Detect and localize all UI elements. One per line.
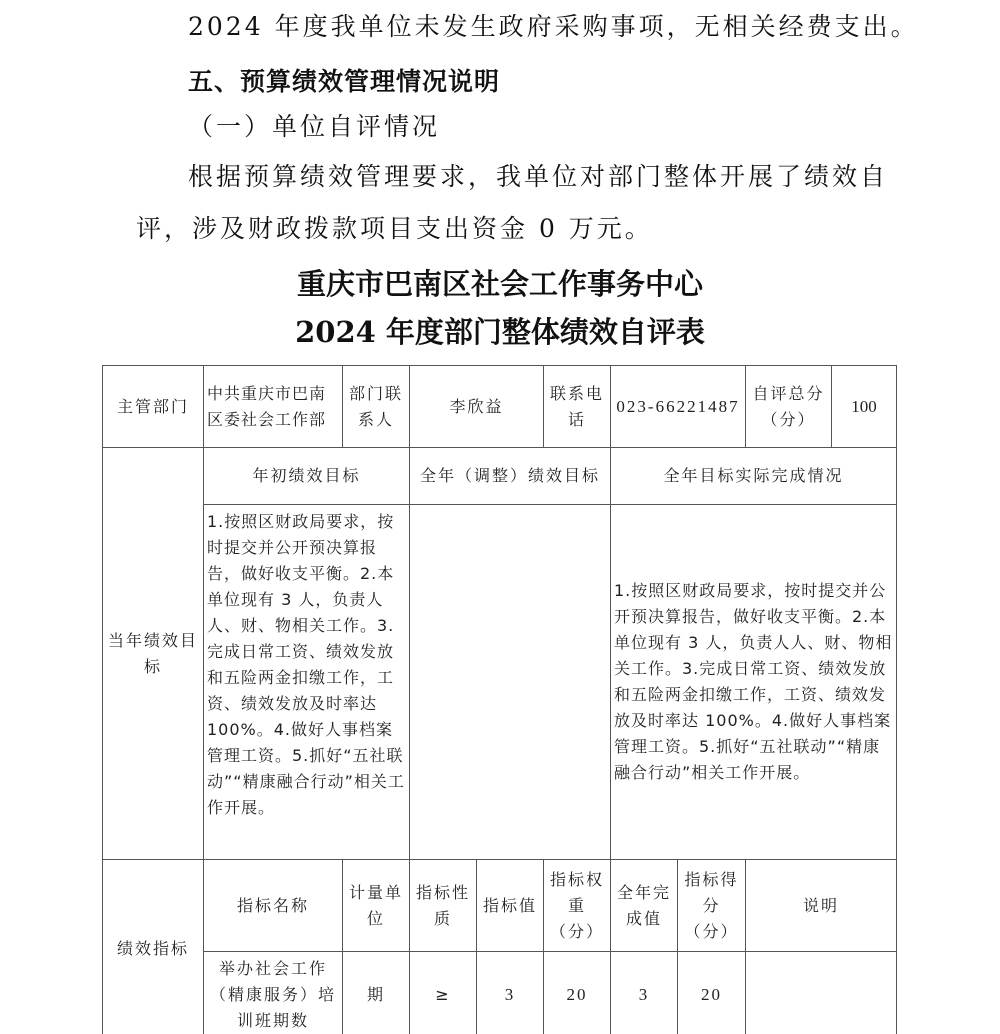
indicator-name: 举办社会工作（精康服务）培训班期数 (204, 952, 343, 1034)
procurement-paragraph: 2024 年度我单位未发生政府采购事项，无相关经费支出。 (188, 12, 919, 42)
goals-col-adjusted: 全年（调整）绩效目标 (410, 448, 611, 505)
indicators-header-row: 绩效指标 指标名称 计量单位 指标性质 指标值 指标权重（分） 全年完成值 指标… (103, 860, 897, 952)
header-note: 说明 (746, 860, 897, 952)
indicator-actual: 3 (611, 952, 678, 1034)
score-value: 100 (832, 366, 896, 447)
eval-paragraph-line1: 根据预算绩效管理要求，我单位对部门整体开展了绩效自 (188, 162, 888, 192)
goals-col-actual: 全年目标实际完成情况 (611, 448, 897, 505)
contact-value: 李欣益 (410, 366, 544, 448)
contact-label: 部门联系人 (343, 366, 410, 448)
indicator-unit: 期 (343, 952, 410, 1034)
indicator-nature: ≥ (410, 952, 477, 1034)
performance-eval-table: 主管部门 中共重庆市巴南区委社会工作部 部门联系人 李欣益 联系电话 023-6… (102, 365, 897, 1034)
header-actual: 全年完成值 (611, 860, 678, 952)
indicator-score: 20 (678, 952, 746, 1034)
indicators-row-label: 绩效指标 (103, 860, 204, 1034)
indicator-target: 3 (477, 952, 544, 1034)
header-unit: 计量单位 (343, 860, 410, 952)
phone-value: 023-66221487 (611, 366, 746, 448)
table-title-line2: 2024 年度部门整体绩效自评表 (0, 310, 1000, 351)
dept-label: 主管部门 (103, 366, 204, 448)
goals-row-label: 当年绩效目标 (103, 448, 204, 860)
table-title-line1: 重庆市巴南区社会工作事务中心 (0, 262, 1000, 303)
header-weight: 指标权重（分） (544, 860, 611, 952)
eval-paragraph-line2: 评，涉及财政拨款项目支出资金 0 万元。 (136, 214, 653, 244)
header-target: 指标值 (477, 860, 544, 952)
goals-actual-text: 1.按照区财政局要求，按时提交并公开预决算报告，做好收支平衡。2.本单位现有 3… (611, 505, 897, 860)
goals-col-initial: 年初绩效目标 (204, 448, 410, 505)
header-indicator-name: 指标名称 (204, 860, 343, 952)
phone-label: 联系电话 (544, 366, 611, 448)
score-label: 自评总分（分） (746, 366, 832, 447)
table-row: 举办社会工作（精康服务）培训班期数 期 ≥ 3 20 3 20 (103, 952, 897, 1034)
score-group: 自评总分（分） 100 (746, 366, 897, 448)
indicator-note (746, 952, 897, 1034)
dept-value: 中共重庆市巴南区委社会工作部 (204, 366, 343, 448)
header-nature: 指标性质 (410, 860, 477, 952)
goals-content-row: 1.按照区财政局要求，按时提交并公开预决算报告，做好收支平衡。2.本单位现有 3… (103, 505, 897, 860)
indicator-weight: 20 (544, 952, 611, 1034)
header-score: 指标得分（分） (678, 860, 746, 952)
subsection-heading: （一）单位自评情况 (188, 112, 440, 142)
goals-header-row: 当年绩效目标 年初绩效目标 全年（调整）绩效目标 全年目标实际完成情况 (103, 448, 897, 505)
header-info-row: 主管部门 中共重庆市巴南区委社会工作部 部门联系人 李欣益 联系电话 023-6… (103, 366, 897, 448)
goals-adjusted-text (410, 505, 611, 860)
goals-initial-text: 1.按照区财政局要求，按时提交并公开预决算报告，做好收支平衡。2.本单位现有 3… (204, 505, 410, 860)
section-heading: 五、预算绩效管理情况说明 (188, 62, 500, 98)
